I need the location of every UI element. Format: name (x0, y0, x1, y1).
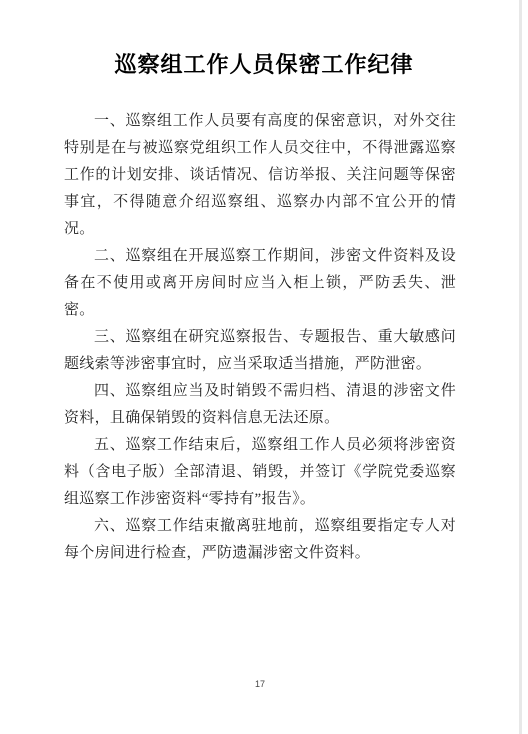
document-body: 一、巡察组工作人员要有高度的保密意识，对外交往特别是在与被巡察党组织工作人员交往… (64, 108, 456, 567)
document-page: 巡察组工作人员保密工作纪律 一、巡察组工作人员要有高度的保密意识，对外交往特别是… (0, 0, 528, 734)
page-number: 17 (0, 679, 520, 689)
page-edge-line (519, 0, 522, 734)
paragraph-4: 四、巡察组应当及时销毁不需归档、清退的涉密文件资料，且确保销毁的资料信息无法还原… (64, 378, 456, 432)
paragraph-3: 三、巡察组在研究巡察报告、专题报告、重大敏感问题线索等涉密事宜时，应当采取适当措… (64, 324, 456, 378)
paragraph-5: 五、巡察工作结束后，巡察组工作人员必须将涉密资料（含电子版）全部清退、销毁，并签… (64, 432, 456, 513)
document-title: 巡察组工作人员保密工作纪律 (0, 0, 528, 80)
paragraph-6: 六、巡察工作结束撤离驻地前，巡察组要指定专人对每个房间进行检查，严防遗漏涉密文件… (64, 513, 456, 567)
paragraph-1: 一、巡察组工作人员要有高度的保密意识，对外交往特别是在与被巡察党组织工作人员交往… (64, 108, 456, 243)
paragraph-2: 二、巡察组在开展巡察工作期间，涉密文件资料及设备在不使用或离开房间时应当入柜上锁… (64, 243, 456, 324)
